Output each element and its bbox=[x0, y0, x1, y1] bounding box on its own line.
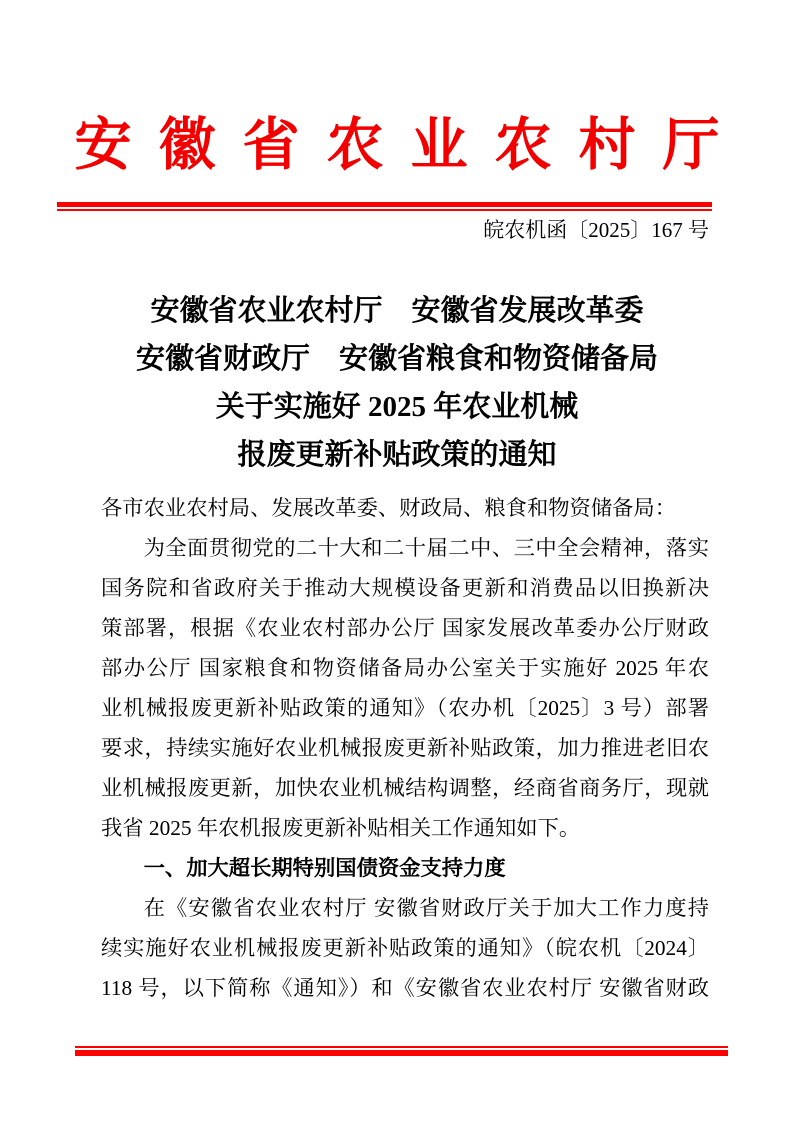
body-line: 业机械报废更新补贴政策的通知》（农办机〔2025〕3 号）部署 bbox=[101, 688, 709, 728]
document-title-line: 关于实施好 2025 年农业机械 bbox=[0, 383, 794, 431]
document-reference-number: 皖农机函〔2025〕167 号 bbox=[101, 216, 709, 244]
body-line: 国务院和省政府关于推动大规模设备更新和消费品以旧换新决 bbox=[101, 568, 709, 608]
document-page: 安徽省农业农村厅 皖农机函〔2025〕167 号 安徽省农业农村厅 安徽省发展改… bbox=[0, 0, 794, 1122]
body-line: 在《安徽省农业农村厅 安徽省财政厅关于加大工作力度持 bbox=[101, 888, 709, 928]
body-line: 各市农业农村局、发展改革委、财政局、粮食和物资储备局： bbox=[101, 488, 709, 528]
footer-rule-thick-line bbox=[75, 1050, 728, 1056]
body-line: 续实施好农业机械报废更新补贴政策的通知》（皖农机〔2024〕 bbox=[101, 928, 709, 968]
document-title-line: 安徽省农业农村厅 安徽省发展改革委 bbox=[0, 287, 794, 335]
document-title-line: 安徽省财政厅 安徽省粮食和物资储备局 bbox=[0, 335, 794, 383]
body-line: 118 号，以下简称《通知》）和《安徽省农业农村厅 安徽省财政 bbox=[101, 968, 709, 1008]
document-body: 各市农业农村局、发展改革委、财政局、粮食和物资储备局：为全面贯彻党的二十大和二十… bbox=[101, 488, 709, 1008]
header-red-rule bbox=[57, 202, 712, 211]
body-line: 我省 2025 年农机报废更新补贴相关工作通知如下。 bbox=[101, 808, 709, 848]
document-title-line: 报废更新补贴政策的通知 bbox=[0, 431, 794, 479]
header-rule-thin-line bbox=[57, 209, 712, 211]
body-line: 策部署，根据《农业农村部办公厅 国家发展改革委办公厅财政 bbox=[101, 608, 709, 648]
footer-red-rule bbox=[75, 1046, 728, 1056]
agency-masthead: 安徽省农业农村厅 bbox=[0, 112, 794, 180]
body-line: 为全面贯彻党的二十大和二十届二中、三中全会精神，落实 bbox=[101, 528, 709, 568]
document-title: 安徽省农业农村厅 安徽省发展改革委安徽省财政厅 安徽省粮食和物资储备局关于实施好… bbox=[0, 287, 794, 479]
body-line: 业机械报废更新，加快农业机械结构调整，经商省商务厅，现就 bbox=[101, 768, 709, 808]
body-line: 部办公厅 国家粮食和物资储备局办公室关于实施好 2025 年农 bbox=[101, 648, 709, 688]
body-line: 要求，持续实施好农业机械报废更新补贴政策，加力推进老旧农 bbox=[101, 728, 709, 768]
section-heading: 一、加大超长期特别国债资金支持力度 bbox=[101, 848, 709, 888]
